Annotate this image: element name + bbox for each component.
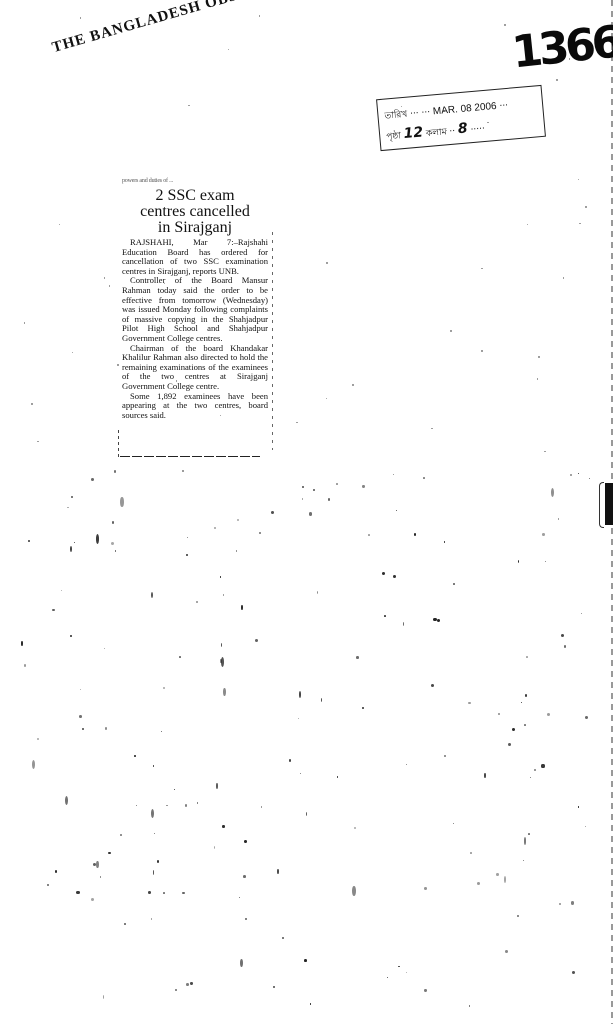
article-paragraph: RAJSHAHI, Mar 7:–Rajshahi Education Boar… xyxy=(122,238,268,276)
clipping-border-left xyxy=(118,430,119,460)
article-headline: 2 SSC exam centres cancelled in Sirajgan… xyxy=(122,188,268,236)
stamp-page-label: পৃষ্ঠা xyxy=(386,131,401,142)
archive-stamp: তারিখ ··· ··· MAR. 08 2006 ··· পৃষ্ঠা 12… xyxy=(376,85,546,151)
handwritten-file-number: 1366 xyxy=(510,17,613,79)
headline-line-2: centres cancelled xyxy=(140,203,250,220)
article-body: RAJSHAHI, Mar 7:–Rajshahi Education Boar… xyxy=(122,238,268,420)
scan-edge-mark xyxy=(605,483,613,525)
newspaper-masthead: THE BANGLADESH OBSERVER xyxy=(50,0,294,57)
headline-line-1: 2 SSC exam xyxy=(155,187,234,204)
article-paragraph: Some 1,892 examinees have been appearing… xyxy=(122,392,268,421)
stamp-column-label: কলাম xyxy=(426,127,447,139)
article-paragraph: Controller of the Board Mansur Rahman to… xyxy=(122,276,268,343)
stamp-page-row: পৃষ্ঠা 12 কলাম ·· 8 ····· xyxy=(386,119,486,145)
clipping-cut-text: powers and duties of ... xyxy=(122,178,268,184)
scan-edge-bracket xyxy=(599,482,604,528)
article-paragraph: Chairman of the board Khandakar Khalilur… xyxy=(122,344,268,392)
stamp-date-value: MAR. 08 2006 xyxy=(432,101,497,118)
clipping-border-bottom xyxy=(120,456,260,457)
stamp-date-label: তারিখ xyxy=(384,110,408,122)
stamp-column-value: 8 xyxy=(457,120,468,137)
clipping-border-right xyxy=(272,232,273,450)
stamp-page-value: 12 xyxy=(403,124,424,142)
news-clipping: powers and duties of ... 2 SSC exam cent… xyxy=(122,178,268,420)
stamp-date-row: তারিখ ··· ··· MAR. 08 2006 ··· xyxy=(384,98,509,124)
headline-line-3: in Sirajganj xyxy=(158,219,232,236)
